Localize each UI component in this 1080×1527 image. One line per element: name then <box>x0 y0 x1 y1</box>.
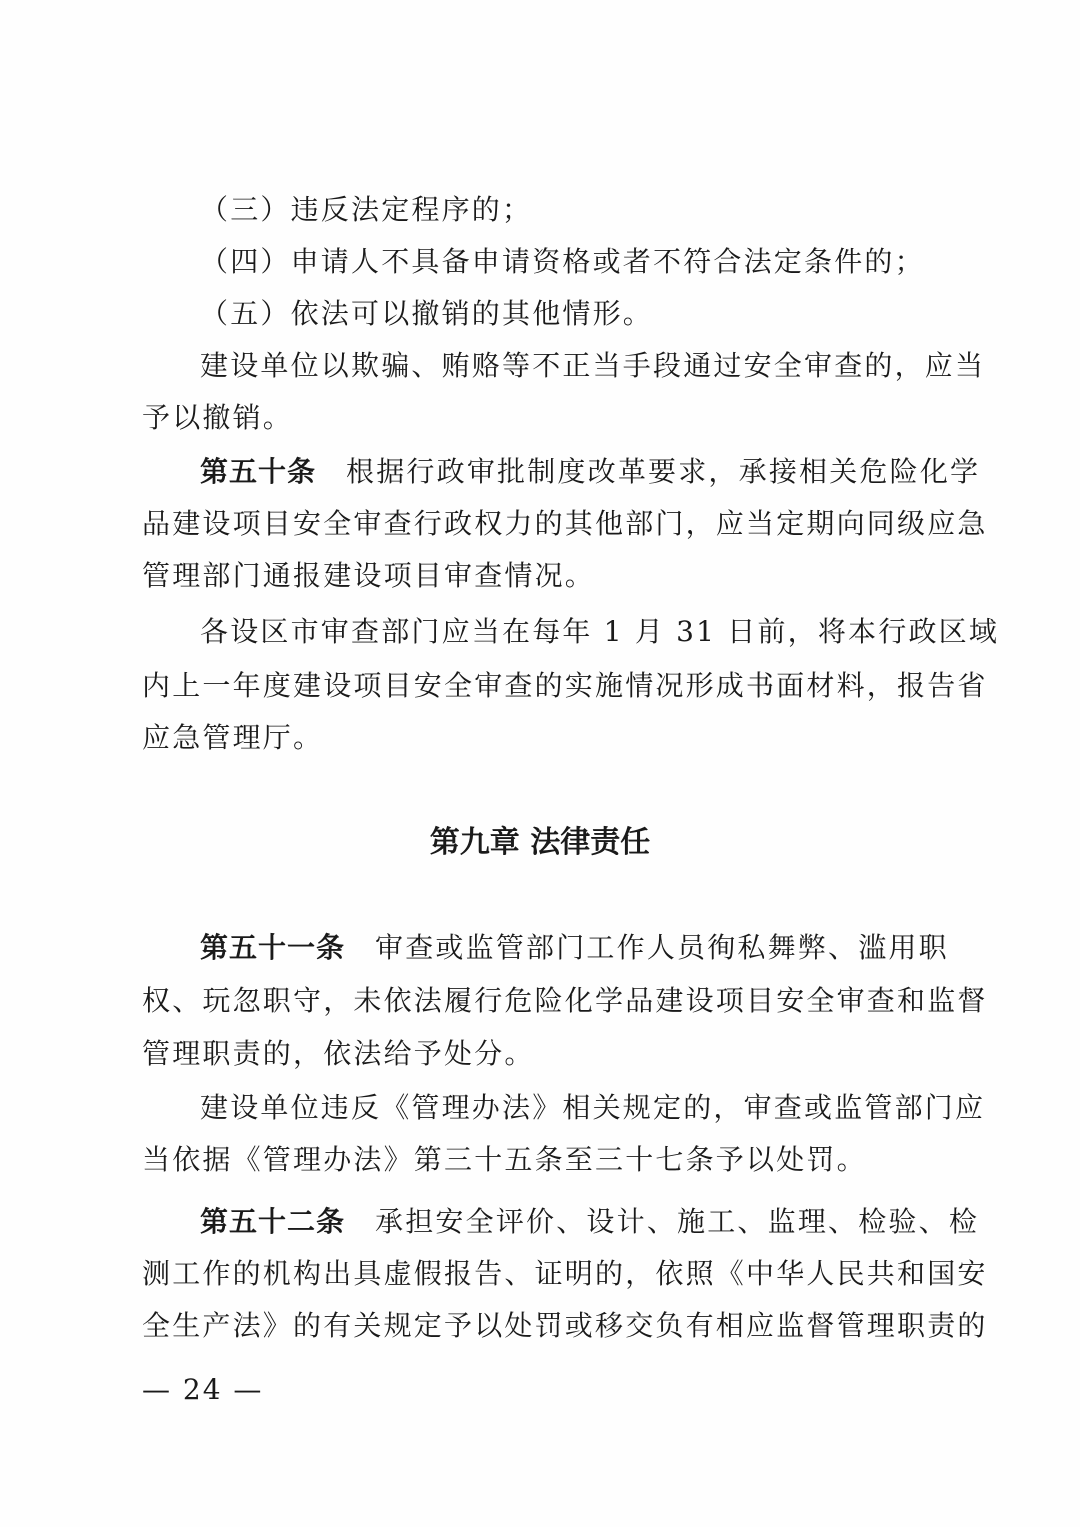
list-item-5: （五）依法可以撤销的其他情形。 <box>200 296 942 332</box>
article-52-line-2: 测工作的机构出具虚假报告、证明的，依照《中华人民共和国安 <box>142 1256 942 1292</box>
article-51-line-2: 权、玩忽职守，未依法履行危险化学品建设项目安全审查和监督 <box>142 983 942 1019</box>
article-52-text: 承担安全评价、设计、施工、监理、检验、检 <box>375 1205 979 1238</box>
list-item-3: （三）违反法定程序的； <box>200 192 942 228</box>
article-51-line-1: 第五十一条审查或监管部门工作人员徇私舞弊、滥用职 <box>200 930 942 966</box>
article-52-line-3: 全生产法》的有关规定予以处罚或移交负有相应监督管理职责的 <box>142 1308 942 1344</box>
article-50-text: 根据行政审批制度改革要求，承接相关危险化学 <box>346 455 980 488</box>
article-52-heading: 第五十二条 <box>200 1205 345 1238</box>
paragraph-revoke-line-2: 予以撤销。 <box>142 400 942 436</box>
article-50-line-3: 管理部门通报建设项目审查情况。 <box>142 558 942 594</box>
page-number: — 24 — <box>142 1372 263 1408</box>
paragraph-revoke-line-1: 建设单位以欺骗、贿赂等不正当手段通过安全审查的，应当 <box>200 348 942 384</box>
chapter-title: 第九章 法律责任 <box>0 823 1080 863</box>
article-51-text: 审查或监管部门工作人员徇私舞弊、滥用职 <box>375 931 949 964</box>
article-51-p2-line-1: 建设单位违反《管理办法》相关规定的，审查或监管部门应 <box>200 1090 942 1126</box>
article-50-line-2: 品建设项目安全审查行政权力的其他部门，应当定期向同级应急 <box>142 506 942 542</box>
article-51-line-3: 管理职责的，依法给予处分。 <box>142 1036 942 1072</box>
article-50-line-1: 第五十条根据行政审批制度改革要求，承接相关危险化学 <box>200 454 942 490</box>
article-50-p2-line-2: 内上一年度建设项目安全审查的实施情况形成书面材料，报告省 <box>142 668 942 704</box>
article-50-heading: 第五十条 <box>200 455 316 488</box>
article-52-line-1: 第五十二条承担安全评价、设计、施工、监理、检验、检 <box>200 1204 942 1240</box>
article-51-p2-line-2: 当依据《管理办法》第三十五条至三十七条予以处罚。 <box>142 1142 942 1178</box>
article-50-p2-line-3: 应急管理厅。 <box>142 720 942 756</box>
list-item-4: （四）申请人不具备申请资格或者不符合法定条件的； <box>200 244 942 280</box>
article-50-p2-line-1: 各设区市审查部门应当在每年 1 月 31 日前，将本行政区域 <box>200 614 942 650</box>
document-page: （三）违反法定程序的； （四）申请人不具备申请资格或者不符合法定条件的； （五）… <box>0 0 1080 1527</box>
article-51-heading: 第五十一条 <box>200 931 345 964</box>
